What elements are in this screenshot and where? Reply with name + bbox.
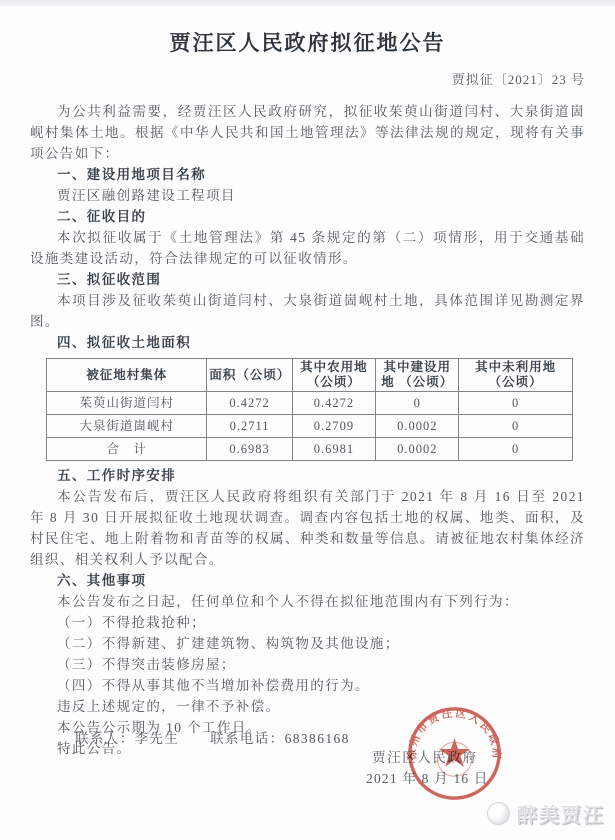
contact-person: 联系人：李先生 xyxy=(75,731,179,746)
table-cell: 0 xyxy=(376,392,459,415)
table-cell: 大泉街道崮岘村 xyxy=(47,415,207,438)
table-cell: 0.2711 xyxy=(207,415,292,438)
section-heading: 一、建设用地项目名称 xyxy=(30,164,585,185)
section-paragraph: 本项目涉及征收茱萸山街道闫村、大泉街道崮岘村土地，具体范围详见勘测定界图。 xyxy=(30,290,585,332)
section-heading: 四、拟征收土地面积 xyxy=(30,332,585,353)
table-cell: 0 xyxy=(459,415,573,438)
watermark-text: 醉美贾汪 xyxy=(517,799,605,828)
column-header: 其中未利用地 （公顷） xyxy=(459,359,573,392)
document-content: 贾汪区人民政府拟征地公告 贾拟征〔2021〕23 号 为公共利益需要，经贾汪区人… xyxy=(0,0,615,759)
section-paragraph: 贾汪区融创路建设工程项目 xyxy=(30,185,585,206)
section-heading: 三、拟征收范围 xyxy=(30,269,585,290)
signoff-date: 2021 年 8 月 16 日 xyxy=(366,767,489,787)
section-paragraph: 本公告发布后，贾汪区人民政府将组织有关部门于 2021 年 8 月 16 日至 … xyxy=(30,486,585,570)
section-schedule: 五、工作时序安排 本公告发布后，贾汪区人民政府将组织有关部门于 2021 年 8… xyxy=(30,465,585,570)
section-heading: 五、工作时序安排 xyxy=(30,465,585,486)
zuimei-jiawang-logo-icon xyxy=(487,802,510,825)
section-paragraph: 本次拟征收属于《土地管理法》第 45 条规定的第（二）项情形，用于交通基础设施类… xyxy=(30,227,585,269)
column-header: 面积（公顷） xyxy=(207,359,292,392)
table-cell: 0.6983 xyxy=(207,438,292,461)
section-heading: 二、征收目的 xyxy=(30,206,585,227)
table-total-row: 合 计 0.6983 0.6981 0.0002 0 xyxy=(47,438,573,461)
table-cell: 0 xyxy=(459,392,573,415)
section-project-name: 一、建设用地项目名称 贾汪区融创路建设工程项目 xyxy=(30,164,585,206)
table-cell: 合 计 xyxy=(47,438,207,461)
prohibition-item: （一）不得抢栽抢种； xyxy=(30,612,585,633)
document-number: 贾拟征〔2021〕23 号 xyxy=(30,69,585,88)
table-cell: 0.0002 xyxy=(376,438,459,461)
table-cell: 0.2709 xyxy=(292,415,376,438)
prohibition-item: （二）不得新建、扩建建筑物、构筑物及其他设施； xyxy=(30,633,585,654)
prohibition-item: （四）不得从事其他不当增加补偿费用的行为。 xyxy=(30,675,585,696)
prohibition-item: （三）不得突击装修房屋； xyxy=(30,654,585,675)
table-cell: 0.4272 xyxy=(207,392,292,415)
announcement-page: 贾汪区人民政府拟征地公告 贾拟征〔2021〕23 号 为公共利益需要，经贾汪区人… xyxy=(0,0,615,840)
column-header: 其中农用地 （公顷） xyxy=(292,359,376,392)
table-header-row: 被征地村集体 面积（公顷） 其中农用地 （公顷） 其中建设用地 （公顷） 其中未… xyxy=(47,359,573,392)
table-cell: 0 xyxy=(459,438,573,461)
section-land-area: 四、拟征收土地面积 被征地村集体 面积（公顷） 其中农用地 （公顷） 其中建设用… xyxy=(30,332,585,461)
column-header: 被征地村集体 xyxy=(47,359,207,392)
section-paragraph: 本公告发布之日起，任何单位和个人不得在拟征地范围内有下列行为： xyxy=(30,591,585,612)
section-purpose: 二、征收目的 本次拟征收属于《土地管理法》第 45 条规定的第（二）项情形，用于… xyxy=(30,206,585,269)
section-heading: 六、其他事项 xyxy=(30,570,585,591)
table-cell: 0.0002 xyxy=(376,415,459,438)
watermark: 醉美贾汪 xyxy=(487,799,605,828)
page-title: 贾汪区人民政府拟征地公告 xyxy=(30,27,585,57)
intro-block: 为公共利益需要，经贾汪区人民政府研究，拟征收茱萸山街道闫村、大泉街道崮岘村集体土… xyxy=(30,101,585,164)
table-row: 大泉街道崮岘村 0.2711 0.2709 0.0002 0 xyxy=(47,415,573,438)
land-area-table: 被征地村集体 面积（公顷） 其中农用地 （公顷） 其中建设用地 （公顷） 其中未… xyxy=(46,358,573,461)
table-row: 茱萸山街道闫村 0.4272 0.4272 0 0 xyxy=(47,392,573,415)
intro-paragraph: 为公共利益需要，经贾汪区人民政府研究，拟征收茱萸山街道闫村、大泉街道崮岘村集体土… xyxy=(30,101,585,164)
section-scope: 三、拟征收范围 本项目涉及征收茱萸山街道闫村、大泉街道崮岘村土地，具体范围详见勘… xyxy=(30,269,585,332)
signoff-authority: 贾汪区人民政府 xyxy=(372,746,478,766)
contact-line: 联系人：李先生 联系电话：68386168 xyxy=(75,727,350,747)
table-cell: 0.4272 xyxy=(292,392,376,415)
contact-phone: 联系电话：68386168 xyxy=(210,731,350,746)
table-cell: 茱萸山街道闫村 xyxy=(47,392,207,415)
column-header: 其中建设用地 （公顷） xyxy=(376,359,459,392)
table-cell: 0.6981 xyxy=(292,438,376,461)
section-paragraph: 违反上述规定的，一律不予补偿。 xyxy=(30,696,585,717)
